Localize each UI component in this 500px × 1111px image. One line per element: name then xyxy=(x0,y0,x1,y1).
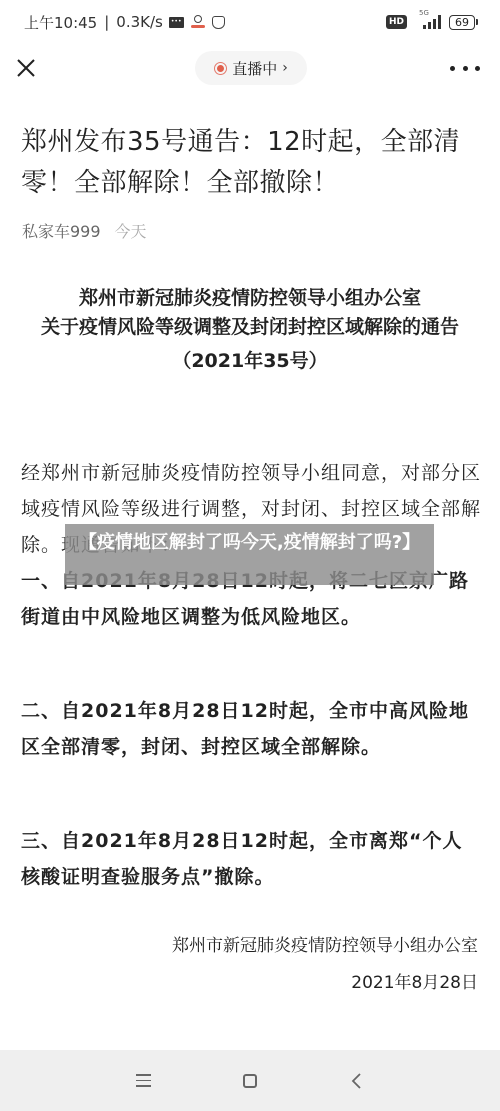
system-nav-bar xyxy=(0,1050,500,1111)
back-icon xyxy=(350,1072,364,1090)
live-button[interactable]: 直播中 › xyxy=(195,51,307,85)
shield-icon xyxy=(212,16,225,29)
notice-item-3: 三、自2021年8月28日12时起，全市离郑“个人核酸证明查验服务点”撤除。 xyxy=(21,823,481,895)
notice-item-2: 二、自2021年8月28日12时起，全市中高风险地区全部清零，封闭、封控区域全部… xyxy=(21,693,481,765)
close-icon xyxy=(12,54,40,82)
article-meta: 私家车999 今天 xyxy=(22,219,147,242)
battery-level: 69 xyxy=(449,15,475,30)
document-title: 郑州市新冠肺炎疫情防控领导小组办公室 关于疫情风险等级调整及封闭封控区域解除的通… xyxy=(0,284,500,376)
net-speed: 0.3K/s xyxy=(116,13,163,31)
status-separator: | xyxy=(104,13,109,31)
chevron-right-icon: › xyxy=(282,60,288,76)
status-bar: 上午10:45 | 0.3K/s HD 5G 69 xyxy=(0,0,500,44)
top-nav: 直播中 › xyxy=(0,44,500,92)
recent-apps-button[interactable] xyxy=(123,1061,163,1101)
live-label: 直播中 xyxy=(232,58,277,79)
author-link[interactable]: 私家车999 xyxy=(22,219,101,242)
signature-org: 郑州市新冠肺炎疫情防控领导小组办公室 xyxy=(172,928,478,965)
live-record-icon xyxy=(214,62,227,75)
home-icon xyxy=(243,1074,257,1088)
more-icon-dot xyxy=(463,66,468,71)
back-button[interactable] xyxy=(337,1061,377,1101)
more-button[interactable] xyxy=(450,58,480,78)
home-button[interactable] xyxy=(230,1061,270,1101)
caption-overlay: 【疫情地区解封了吗今天,疫情解封了吗?】 xyxy=(65,524,434,585)
message-icon xyxy=(169,17,184,28)
article-headline: 郑州发布35号通告：12时起，全部清零！全部解除！全部撤除！ xyxy=(21,122,481,204)
alarm-person-icon xyxy=(190,14,206,30)
hd-badge: HD xyxy=(386,15,407,29)
signal-icon: 5G xyxy=(415,15,441,29)
signature-date: 2021年8月28日 xyxy=(172,965,478,1002)
status-time: 上午10:45 xyxy=(24,12,97,33)
more-icon-dot xyxy=(450,66,455,71)
battery-icon: 69 xyxy=(449,15,478,30)
doc-number: （2021年35号） xyxy=(0,347,500,376)
close-button[interactable] xyxy=(12,54,40,82)
signature-block: 郑州市新冠肺炎疫情防控领导小组办公室 2021年8月28日 xyxy=(172,928,478,1002)
publish-time: 今天 xyxy=(115,219,147,242)
menu-icon xyxy=(136,1074,151,1087)
doc-title-line2: 关于疫情风险等级调整及封闭封控区域解除的通告 xyxy=(0,313,500,342)
doc-title-line1: 郑州市新冠肺炎疫情防控领导小组办公室 xyxy=(0,284,500,313)
more-icon-dot xyxy=(475,66,480,71)
status-left: 上午10:45 | 0.3K/s xyxy=(24,12,225,33)
status-right: HD 5G 69 xyxy=(386,15,478,30)
network-type: 5G xyxy=(419,9,429,17)
